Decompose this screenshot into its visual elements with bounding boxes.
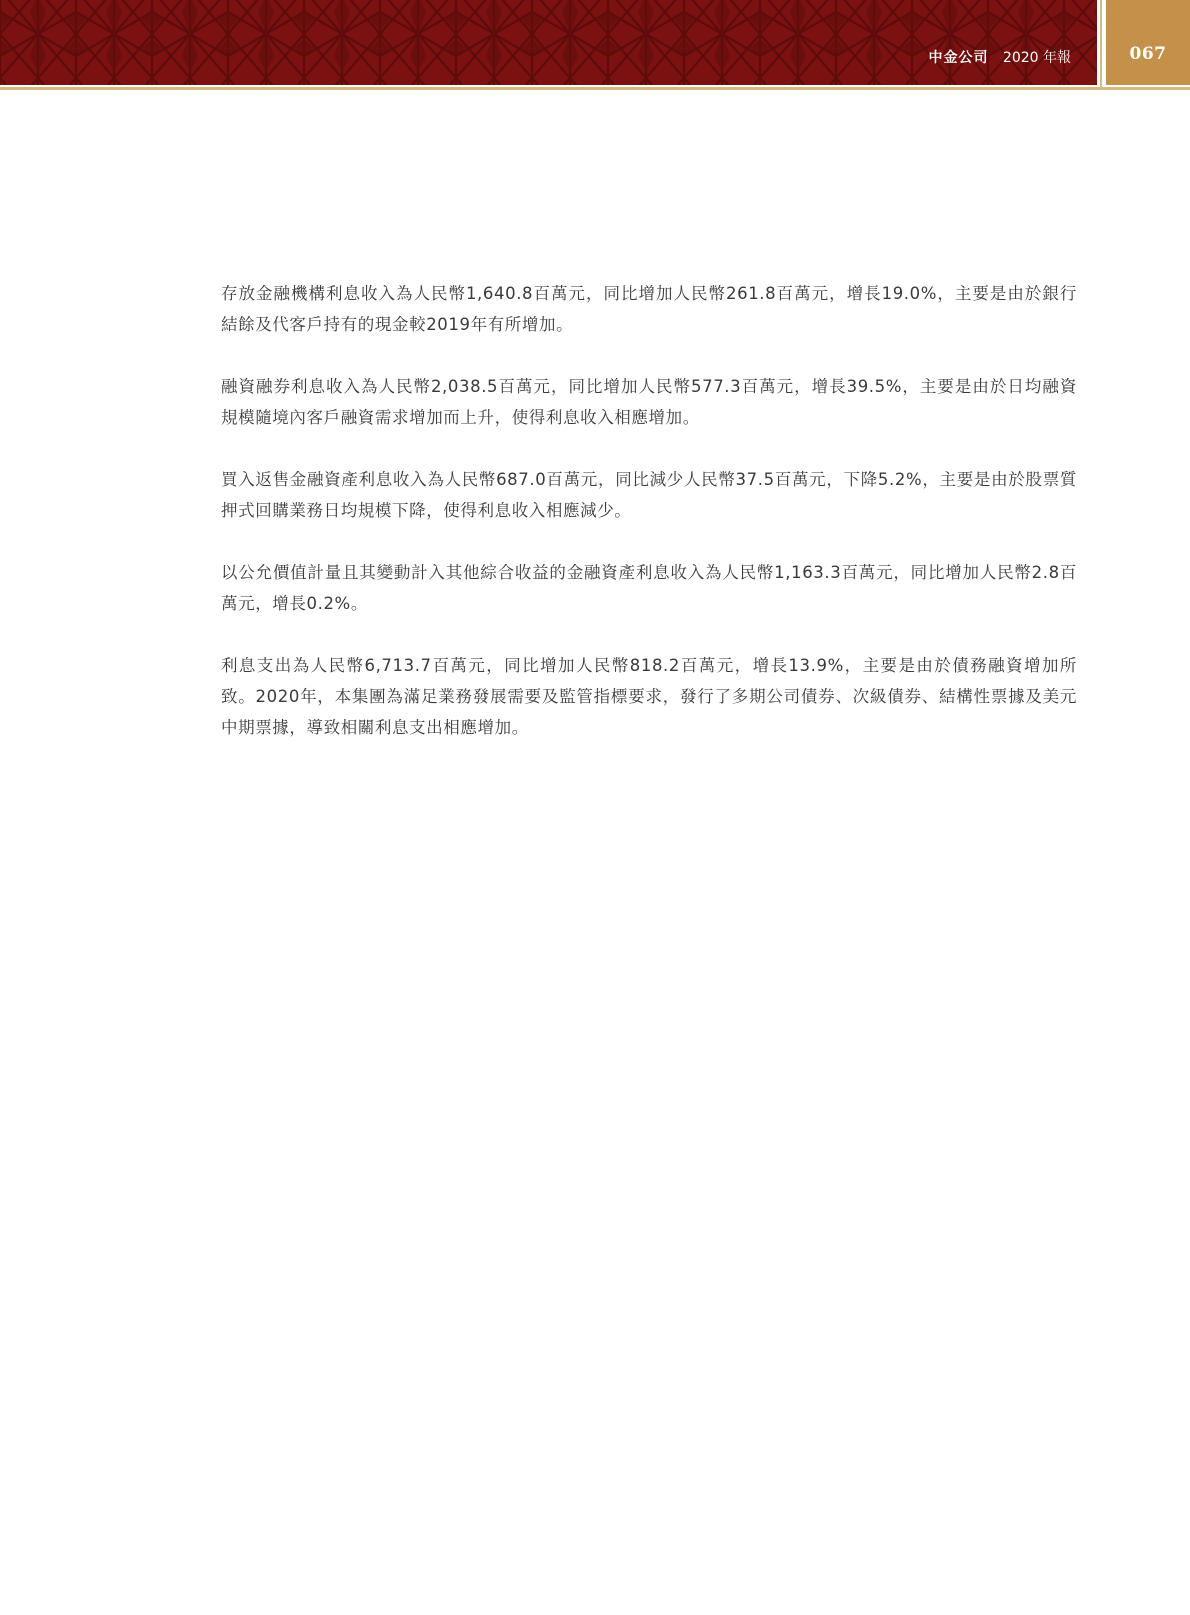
header-title: 中金公司 2020 年報 bbox=[928, 47, 1071, 67]
page-number: 067 bbox=[1106, 44, 1190, 64]
paragraph-reverse-repo-interest: 買入返售金融資產利息收入為人民幣687.0百萬元，同比減少人民幣37.5百萬元，… bbox=[221, 464, 1077, 526]
paragraph-margin-financing-interest: 融資融券利息收入為人民幣2,038.5百萬元，同比增加人民幣577.3百萬元，增… bbox=[221, 371, 1077, 433]
paragraph-fvoci-interest: 以公允價值計量且其變動計入其他綜合收益的金融資產利息收入為人民幣1,163.3百… bbox=[221, 557, 1077, 619]
paragraph-deposit-interest: 存放金融機構利息收入為人民幣1,640.8百萬元，同比增加人民幣261.8百萬元… bbox=[221, 278, 1077, 340]
page-number-block: 067 bbox=[1106, 0, 1190, 85]
vertical-divider bbox=[1100, 0, 1102, 88]
paragraph-interest-expense: 利息支出為人民幣6,713.7百萬元，同比增加人民幣818.2百萬元，增長13.… bbox=[221, 650, 1077, 743]
company-name: 中金公司 bbox=[928, 50, 988, 66]
report-title: 2020 年報 bbox=[1003, 50, 1071, 66]
header-divider bbox=[0, 87, 1190, 90]
header-banner: 中金公司 2020 年報 bbox=[0, 0, 1097, 85]
body-content: 存放金融機構利息收入為人民幣1,640.8百萬元，同比增加人民幣261.8百萬元… bbox=[221, 278, 1077, 774]
asanoha-pattern-icon bbox=[0, 0, 1097, 85]
